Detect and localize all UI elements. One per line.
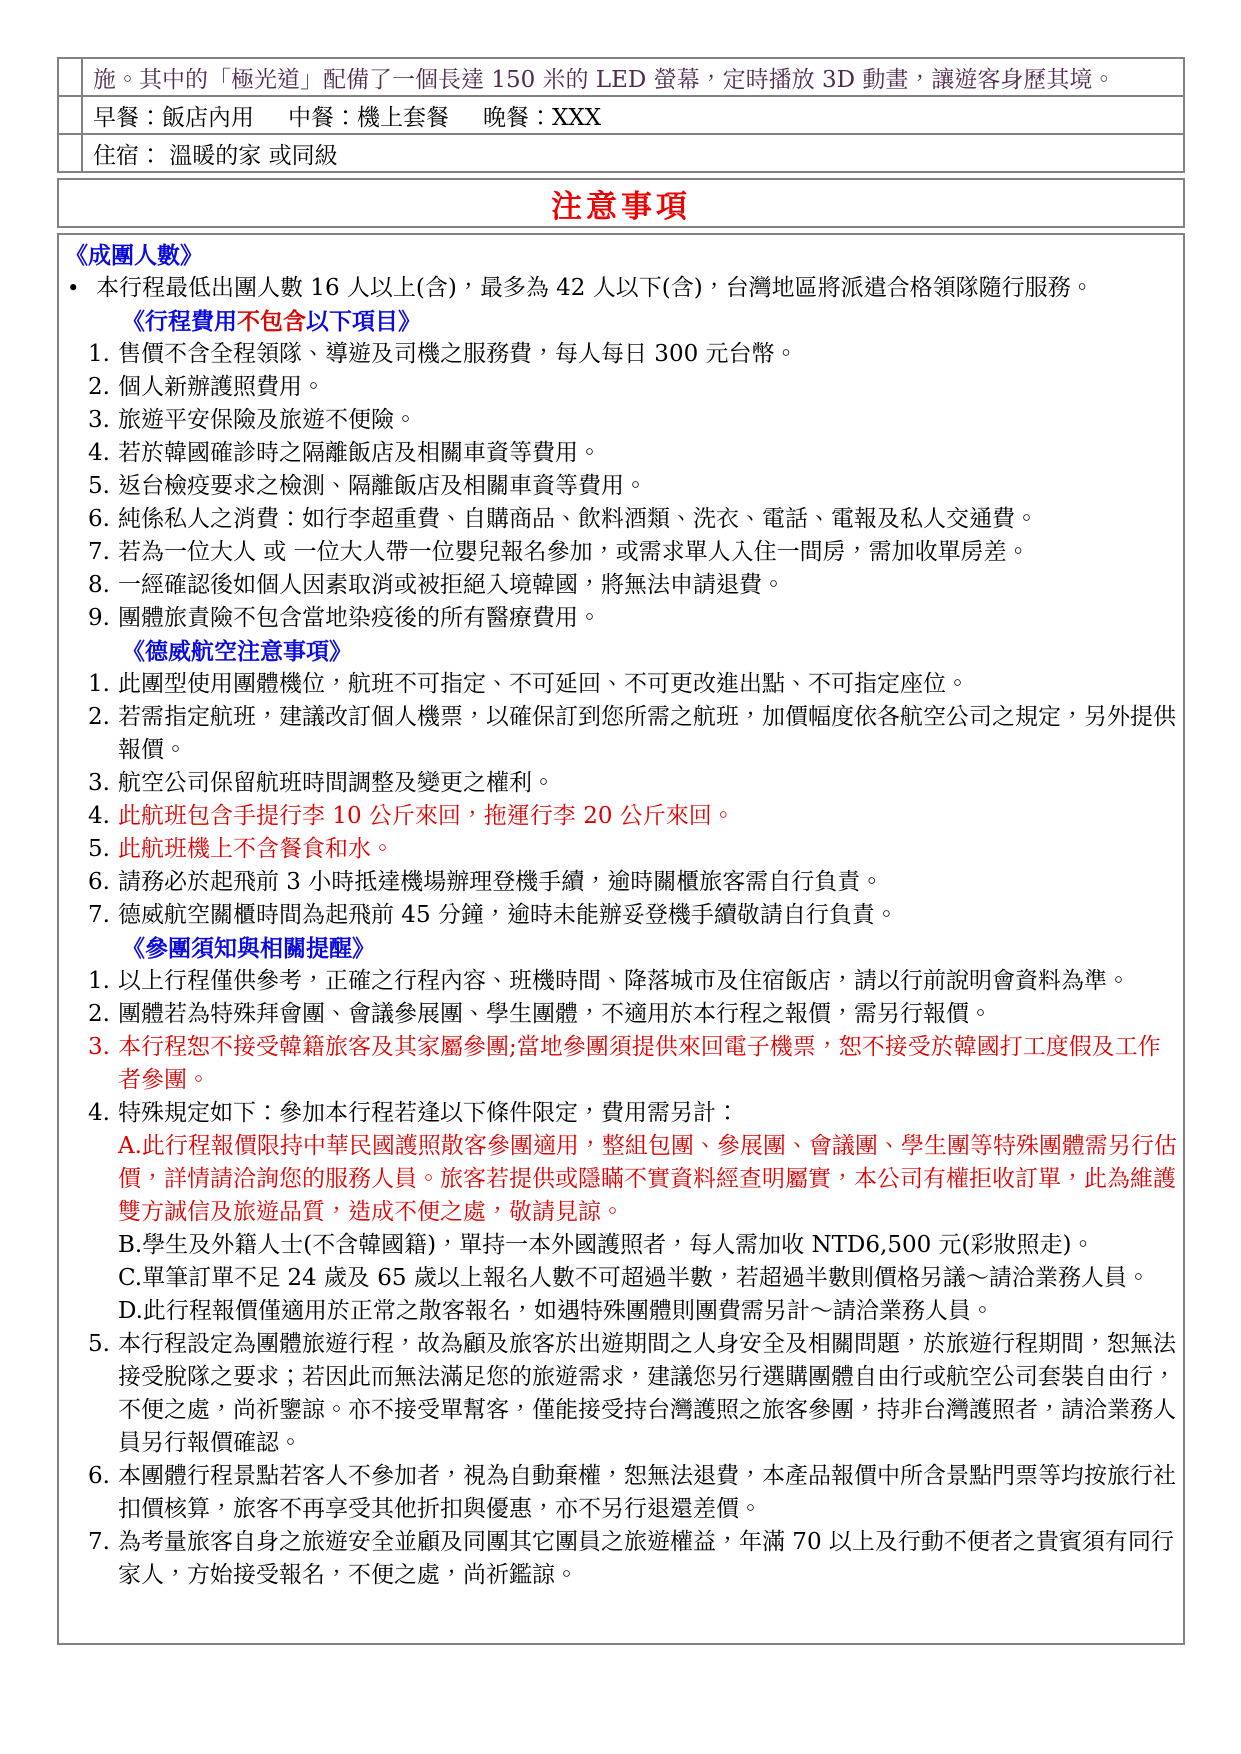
- meal-lodging-table: 施。其中的「極光道」配備了一個長達 150 米的 LED 螢幕，定時播放 3D …: [57, 57, 1185, 173]
- item-text: 航空公司保留航班時間調整及變更之權利。: [118, 767, 1177, 800]
- item-text: 本行程設定為團體旅遊行程，故為顧及旅客於出遊期間之人身安全及相關問題，於旅遊行程…: [118, 1328, 1177, 1460]
- sub-item-c: C.單筆訂單不足 24 歲及 65 歲以上報名人數不可超過半數，若超過半數則價格…: [118, 1262, 1177, 1295]
- section-heading-airline: 《德威航空注意事項》: [122, 635, 1177, 668]
- item-text: 若需指定航班，建議改訂個人機票，以確保訂到您所需之航班，加價幅度依各航空公司之規…: [118, 701, 1177, 767]
- table-cell-meals: 早餐：飯店內用 中餐：機上套餐 晚餐：XXX: [83, 97, 1183, 133]
- item-text: 本團體行程景點若客人不參加者，視為自動棄權，恕無法退費，本產品報價中所含景點門票…: [118, 1460, 1177, 1526]
- item-text: 團體若為特殊拜會團、會議參展團、學生團體，不適用於本行程之報價，需另行報價。: [118, 998, 1177, 1031]
- list-item: 4. 特殊規定如下：參加本行程若逢以下條件限定，費用需另計： A.此行程報價限持…: [88, 1097, 1177, 1328]
- list-item: 4.若於韓國確診時之隔離飯店及相關車資等費用。: [88, 437, 1177, 470]
- list-item: 5.本行程設定為團體旅遊行程，故為顧及旅客於出遊期間之人身安全及相關問題，於旅遊…: [88, 1328, 1177, 1460]
- item-text: 德威航空關櫃時間為起飛前 45 分鐘，逾時未能辦妥登機手續敬請自行負責。: [118, 899, 1177, 932]
- list-item: 6.本團體行程景點若客人不參加者，視為自動棄權，恕無法退費，本產品報價中所含景點…: [88, 1460, 1177, 1526]
- list-item: 5.返台檢疫要求之檢測、隔離飯店及相關車資等費用。: [88, 470, 1177, 503]
- sub-item-a: A.此行程報價限持中華民國護照散客參團適用，整組包團、參展團、會議團、學生團等特…: [118, 1130, 1177, 1229]
- item-number: 6.: [88, 503, 118, 536]
- item-text: 若為一位大人 或 一位大人帶一位嬰兒報名參加，或需求單人入住一間房，需加收單房差…: [118, 536, 1177, 569]
- item-text: 純係私人之消費：如行李超重費、自購商品、飲料酒類、洗衣、電話、電報及私人交通費。: [118, 503, 1177, 536]
- breakfast-text: 早餐：飯店內用: [93, 99, 254, 132]
- table-cell-spacer: [59, 135, 83, 171]
- item-number: 1.: [88, 965, 118, 998]
- item-number: 9.: [88, 602, 118, 635]
- list-item: 6.請務必於起飛前 3 小時抵達機場辦理登機手續，逾時關櫃旅客需自行負責。: [88, 866, 1177, 899]
- list-item: 1.以上行程僅供參考，正確之行程內容、班機時間、降落城市及住宿飯店，請以行前說明…: [88, 965, 1177, 998]
- sub-item-d: D.此行程報價僅適用於正常之散客報名，如遇特殊團體則團費需另計～請洽業務人員。: [118, 1295, 1177, 1328]
- document-page: 施。其中的「極光道」配備了一個長達 150 米的 LED 螢幕，定時播放 3D …: [57, 57, 1185, 1645]
- item-number: 4.: [88, 800, 118, 833]
- list-item: 9.團體旅責險不包含當地染疫後的所有醫療費用。: [88, 602, 1177, 635]
- fees-heading-pre: 《行程費用: [122, 308, 237, 335]
- fees-heading-red: 不包含: [237, 308, 306, 335]
- section-heading-fees: 《行程費用不包含以下項目》: [122, 305, 1177, 338]
- notes-box: 《成團人數》 • 本行程最低出團人數 16 人以上(含)，最多為 42 人以下(…: [57, 233, 1185, 1645]
- attraction-description-text: 施。其中的「極光道」配備了一個長達 150 米的 LED 螢幕，定時播放 3D …: [83, 59, 1183, 95]
- item-text-block: 特殊規定如下：參加本行程若逢以下條件限定，費用需另計： A.此行程報價限持中華民…: [118, 1097, 1177, 1328]
- fees-heading-post: 以下項目》: [306, 308, 421, 335]
- item-text: 此團型使用團體機位，航班不可指定、不可延回、不可更改進出點、不可指定座位。: [118, 668, 1177, 701]
- list-item: 1.售價不含全程領隊、導遊及司機之服務費，每人每日 300 元台幣。: [88, 338, 1177, 371]
- item-number: 1.: [88, 668, 118, 701]
- item-number: 3.: [88, 767, 118, 800]
- item-text: 以上行程僅供參考，正確之行程內容、班機時間、降落城市及住宿飯店，請以行前說明會資…: [118, 965, 1177, 998]
- item-text: 個人新辦護照費用。: [118, 371, 1177, 404]
- lodging-text: 住宿： 溫暖的家 或同級: [83, 135, 1183, 171]
- list-item: 5.此航班機上不含餐食和水。: [88, 833, 1177, 866]
- item-text: 旅遊平安保險及旅遊不便險。: [118, 404, 1177, 437]
- item-text: 本行程恕不接受韓籍旅客及其家屬參團;當地參團須提供來回電子機票，恕不接受於韓國打…: [118, 1031, 1177, 1097]
- item-text: 若於韓國確診時之隔離飯店及相關車資等費用。: [118, 437, 1177, 470]
- item-text: 此航班包含手提行李 10 公斤來回，拖運行李 20 公斤來回。: [118, 800, 1177, 833]
- list-item: 1.此團型使用團體機位，航班不可指定、不可延回、不可更改進出點、不可指定座位。: [88, 668, 1177, 701]
- dinner-text: 晚餐：XXX: [483, 99, 601, 132]
- item-number: 6.: [88, 866, 118, 899]
- item-number: 6.: [88, 1460, 118, 1526]
- item-number: 4.: [88, 1097, 118, 1328]
- list-item: 8.一經確認後如個人因素取消或被拒絕入境韓國，將無法申請退費。: [88, 569, 1177, 602]
- notice-title: 注意事項: [551, 181, 691, 226]
- item-text: 售價不含全程領隊、導遊及司機之服務費，每人每日 300 元台幣。: [118, 338, 1177, 371]
- join-list: 1.以上行程僅供參考，正確之行程內容、班機時間、降落城市及住宿飯店，請以行前說明…: [88, 965, 1177, 1592]
- item-text: 一經確認後如個人因素取消或被拒絕入境韓國，將無法申請退費。: [118, 569, 1177, 602]
- table-row-meals: 早餐：飯店內用 中餐：機上套餐 晚餐：XXX: [59, 95, 1183, 133]
- item-number: 1.: [88, 338, 118, 371]
- list-item: 2.若需指定航班，建議改訂個人機票，以確保訂到您所需之航班，加價幅度依各航空公司…: [88, 701, 1177, 767]
- item-number: 2.: [88, 998, 118, 1031]
- list-item: 2.團體若為特殊拜會團、會議參展團、學生團體，不適用於本行程之報價，需另行報價。: [88, 998, 1177, 1031]
- list-item: 6.純係私人之消費：如行李超重費、自購商品、飲料酒類、洗衣、電話、電報及私人交通…: [88, 503, 1177, 536]
- item-number: 5.: [88, 833, 118, 866]
- table-cell-spacer: [59, 97, 83, 133]
- item-number: 4.: [88, 437, 118, 470]
- item-number: 7.: [88, 536, 118, 569]
- section-heading-group-size: 《成團人數》: [63, 239, 1177, 272]
- group-size-text: 本行程最低出團人數 16 人以上(含)，最多為 42 人以下(含)，台灣地區將派…: [96, 272, 1177, 305]
- item-number: 2.: [88, 701, 118, 767]
- item-number: 7.: [88, 1526, 118, 1592]
- bullet-icon: •: [63, 272, 96, 305]
- list-item: 7.德威航空關櫃時間為起飛前 45 分鐘，逾時未能辦妥登機手續敬請自行負責。: [88, 899, 1177, 932]
- item-number: 8.: [88, 569, 118, 602]
- airline-list: 1.此團型使用團體機位，航班不可指定、不可延回、不可更改進出點、不可指定座位。 …: [88, 668, 1177, 932]
- list-item: 7.為考量旅客自身之旅遊安全並顧及同團其它團員之旅遊權益，年滿 70 以上及行動…: [88, 1526, 1177, 1592]
- item-number: 7.: [88, 899, 118, 932]
- item-number: 5.: [88, 470, 118, 503]
- list-item: 7.若為一位大人 或 一位大人帶一位嬰兒報名參加，或需求單人入住一間房，需加收單…: [88, 536, 1177, 569]
- list-item: 3.航空公司保留航班時間調整及變更之權利。: [88, 767, 1177, 800]
- fees-list: 1.售價不含全程領隊、導遊及司機之服務費，每人每日 300 元台幣。 2.個人新…: [88, 338, 1177, 635]
- group-size-item: • 本行程最低出團人數 16 人以上(含)，最多為 42 人以下(含)，台灣地區…: [63, 272, 1177, 305]
- item-number: 5.: [88, 1328, 118, 1460]
- item-text: 特殊規定如下：參加本行程若逢以下條件限定，費用需另計：: [118, 1097, 1177, 1130]
- list-item: 3.本行程恕不接受韓籍旅客及其家屬參團;當地參團須提供來回電子機票，恕不接受於韓…: [88, 1031, 1177, 1097]
- list-item: 3.旅遊平安保險及旅遊不便險。: [88, 404, 1177, 437]
- item-text: 此航班機上不含餐食和水。: [118, 833, 1177, 866]
- item-number: 3.: [88, 404, 118, 437]
- item-text: 請務必於起飛前 3 小時抵達機場辦理登機手續，逾時關櫃旅客需自行負責。: [118, 866, 1177, 899]
- table-row-description: 施。其中的「極光道」配備了一個長達 150 米的 LED 螢幕，定時播放 3D …: [59, 59, 1183, 95]
- table-row-lodging: 住宿： 溫暖的家 或同級: [59, 133, 1183, 171]
- item-text: 團體旅責險不包含當地染疫後的所有醫療費用。: [118, 602, 1177, 635]
- table-cell-spacer: [59, 59, 83, 95]
- section-heading-join: 《參團須知與相關提醒》: [122, 932, 1177, 965]
- item-text: 為考量旅客自身之旅遊安全並顧及同團其它團員之旅遊權益，年滿 70 以上及行動不便…: [118, 1526, 1177, 1592]
- sub-item-b: B.學生及外籍人士(不含韓國籍)，單持一本外國護照者，每人需加收 NTD6,50…: [118, 1229, 1177, 1262]
- list-item: 4.此航班包含手提行李 10 公斤來回，拖運行李 20 公斤來回。: [88, 800, 1177, 833]
- list-item: 2.個人新辦護照費用。: [88, 371, 1177, 404]
- notice-title-box: 注意事項: [57, 178, 1185, 228]
- item-text: 返台檢疫要求之檢測、隔離飯店及相關車資等費用。: [118, 470, 1177, 503]
- lunch-text: 中餐：機上套餐: [288, 99, 449, 132]
- item-number: 2.: [88, 371, 118, 404]
- item-number: 3.: [88, 1031, 118, 1097]
